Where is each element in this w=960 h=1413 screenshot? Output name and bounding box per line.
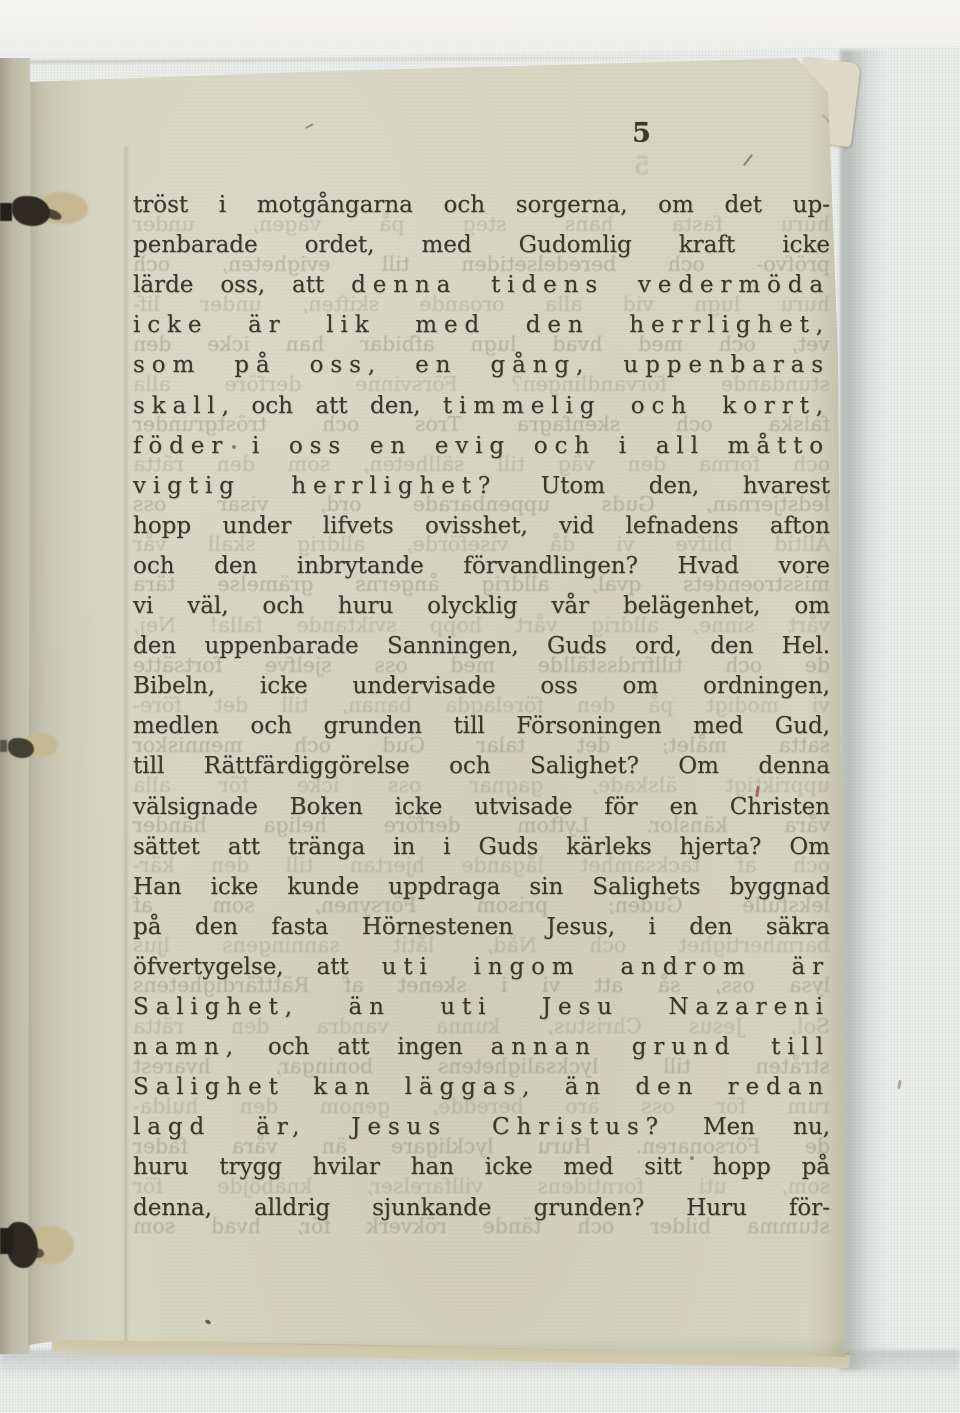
text-line-3: lärde oss, att denna tidens vedermöda [133,270,830,302]
paper-speck [232,445,236,449]
text-line-26: denna, alldrig sjunkande grunden? Huru f… [133,1193,830,1225]
page-number: 5 [612,118,672,149]
text-line-23: Salighet kan läggas, än den redan [133,1072,830,1104]
text-line-19: på den fasta Hörnestenen Jesus, i den sä… [133,912,830,944]
text-line-4: icke är lik med den herrlighet, [133,310,830,342]
text-line-22: namn, och att ingen annan grund till [133,1032,830,1064]
text-layer: tröst i motgångarna och sorgerna, om det… [0,0,960,1413]
text-line-7: föder i oss en evig och i all måtto [133,431,830,463]
text-line-18: Han icke kunde uppdraga sin Salighets by… [133,872,830,904]
book-scan: 5 huru fasta hans steg på vägen, underpr… [0,0,960,1413]
text-line-6: skall, och att den, timmelig och korrt, [133,391,830,423]
text-line-25: huru trygg hvilar han icke med sitt hopp… [133,1152,830,1184]
text-line-5: som på oss, en gång, uppenbaras [133,350,830,382]
text-line-17: sättet att tränga in i Guds kärleks hjer… [133,832,830,864]
text-line-10: och den inbrytande förvandlingen? Hvad v… [133,551,830,583]
text-line-16: välsignade Boken icke utvisade för en Ch… [133,792,830,824]
gutter-ink-wedge-middle [0,740,7,752]
gutter-ink-wedge-bottom [0,1228,13,1254]
text-line-24: lagd är, Jesus Christus? Men nu, [133,1112,830,1144]
text-line-15: till Rättfärdiggörelse och Salighet? Om … [133,751,830,783]
text-line-2: penbarade ordet, med Gudomlig kraft icke [133,230,830,262]
text-line-14: medlen och grunden till Försoningen med … [133,711,830,743]
text-line-11: vi väl, och huru olycklig vår belägenhet… [133,591,830,623]
text-line-1: tröst i motgångarna och sorgerna, om det… [133,190,830,222]
text-line-9: hopp under lifvets ovisshet, vid lefnade… [133,511,830,543]
text-line-20: öfvertygelse, att uti ingom androm är [133,952,830,984]
text-line-8: vigtig herrlighet? Utom den, hvarest [133,471,830,503]
paper-speck [690,1156,694,1160]
text-line-21: Salighet, än uti Jesu Nazareni [133,992,830,1024]
gutter-ink-wedge-top [0,203,12,221]
text-line-12: den uppenbarade Sanningen, Guds ord, den… [133,631,830,663]
text-line-13: Bibeln, icke undervisade oss om ordninge… [133,671,830,703]
